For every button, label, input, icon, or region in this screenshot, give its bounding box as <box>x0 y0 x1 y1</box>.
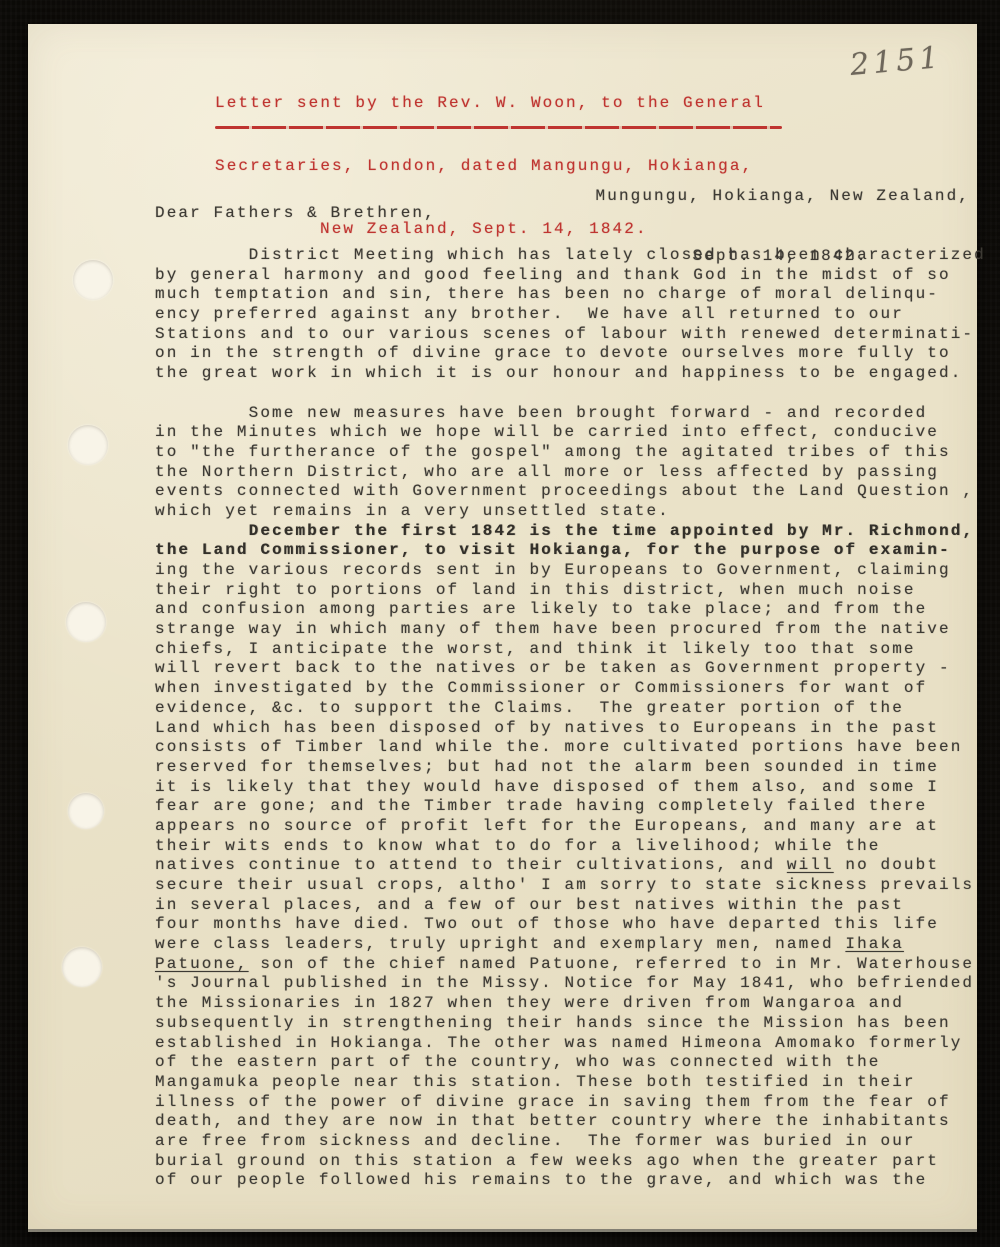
letter-line: much temptation and sin, there has been … <box>155 285 986 305</box>
letter-line: four months have died. Two out of those … <box>155 915 986 935</box>
underlined-text: Ihaka <box>845 935 904 953</box>
letter-line: Stations and to our various scenes of la… <box>155 325 986 345</box>
letter-line: which yet remains in a very unsettled st… <box>155 502 986 522</box>
letter-line: by general harmony and good feeling and … <box>155 266 986 286</box>
letter-line: established in Hokianga. The other was n… <box>155 1034 986 1054</box>
letter-line: chiefs, I anticipate the worst, and thin… <box>155 640 986 660</box>
punch-hole <box>68 793 104 829</box>
letter-line: 's Journal published in the Missy. Notic… <box>155 974 986 994</box>
letter-page: Letter sent by the Rev. W. Woon, to the … <box>28 24 977 1229</box>
letter-line: the great work in which it is our honour… <box>155 364 986 384</box>
letter-line: were class leaders, truly upright and ex… <box>155 935 986 955</box>
letter-line: will revert back to the natives or be ta… <box>155 659 986 679</box>
letter-body: District Meeting which has lately closed… <box>155 246 986 1191</box>
letter-line: to "the furtherance of the gospel" among… <box>155 443 986 463</box>
letter-line: death, and they are now in that better c… <box>155 1112 986 1132</box>
dateline-place: Mungungu, Hokianga, New Zealand, <box>596 186 970 206</box>
letter-line: in several places, and a few of our best… <box>155 896 986 916</box>
letter-line: Land which has been disposed of by nativ… <box>155 719 986 739</box>
photo-background: Letter sent by the Rev. W. Woon, to the … <box>0 0 1000 1247</box>
letter-line: on in the strength of divine grace to de… <box>155 344 986 364</box>
heading-line: Letter sent by the Rev. W. Woon, to the … <box>215 93 765 114</box>
letter-line: natives continue to attend to their cult… <box>155 856 986 876</box>
letter-line: and confusion among parties are likely t… <box>155 600 986 620</box>
letter-line: ency preferred against any brother. We h… <box>155 305 986 325</box>
letter-line: the Land Commissioner, to visit Hokianga… <box>155 541 986 561</box>
letter-line: it is likely that they would have dispos… <box>155 778 986 798</box>
letter-line: the Northern District, who are all more … <box>155 463 986 483</box>
punch-hole <box>66 602 106 642</box>
underlined-text: will <box>787 856 834 874</box>
letter-line: events connected with Government proceed… <box>155 482 986 502</box>
letter-line: appears no source of profit left for the… <box>155 817 986 837</box>
handwritten-archive-number: 2151 <box>849 40 944 83</box>
letter-line: when investigated by the Commissioner or… <box>155 679 986 699</box>
letter-line: in the Minutes which we hope will be car… <box>155 423 986 443</box>
letter-line: Patuone, son of the chief named Patuone,… <box>155 955 986 975</box>
salutation: Dear Fathers & Brethren, <box>155 204 436 222</box>
underlined-text: Patuone, <box>155 955 249 973</box>
letter-line: subsequently in strengthening their hand… <box>155 1014 986 1034</box>
letter-line: Mangamuka people near this station. Thes… <box>155 1073 986 1093</box>
letter-line: fear are gone; and the Timber trade havi… <box>155 797 986 817</box>
letter-line: District Meeting which has lately closed… <box>155 246 986 266</box>
letter-line: strange way in which many of them have b… <box>155 620 986 640</box>
punch-hole <box>68 425 108 465</box>
letter-line: burial ground on this station a few week… <box>155 1152 986 1172</box>
letter-line: illness of the power of divine grace in … <box>155 1093 986 1113</box>
letter-line: of our people followed his remains to th… <box>155 1171 986 1191</box>
letter-line: evidence, &c. to support the Claims. The… <box>155 699 986 719</box>
letter-line: are free from sickness and decline. The … <box>155 1132 986 1152</box>
letter-line: December the first 1842 is the time appo… <box>155 522 986 542</box>
letter-line: their wits ends to know what to do for a… <box>155 837 986 857</box>
letter-line: ing the various records sent in by Europ… <box>155 561 986 581</box>
punch-hole <box>62 947 102 987</box>
letter-line: of the eastern part of the country, who … <box>155 1053 986 1073</box>
letter-line: secure their usual crops, altho' I am so… <box>155 876 986 896</box>
letter-line: Some new measures have been brought forw… <box>155 404 986 424</box>
letter-line: their right to portions of land in this … <box>155 581 986 601</box>
letter-line: consists of Timber land while the. more … <box>155 738 986 758</box>
heading-underline <box>215 126 782 129</box>
letter-line: the Missionaries in 1827 when they were … <box>155 994 986 1014</box>
letter-line <box>155 384 986 404</box>
punch-hole <box>73 260 113 300</box>
letter-line: reserved for themselves; but had not the… <box>155 758 986 778</box>
